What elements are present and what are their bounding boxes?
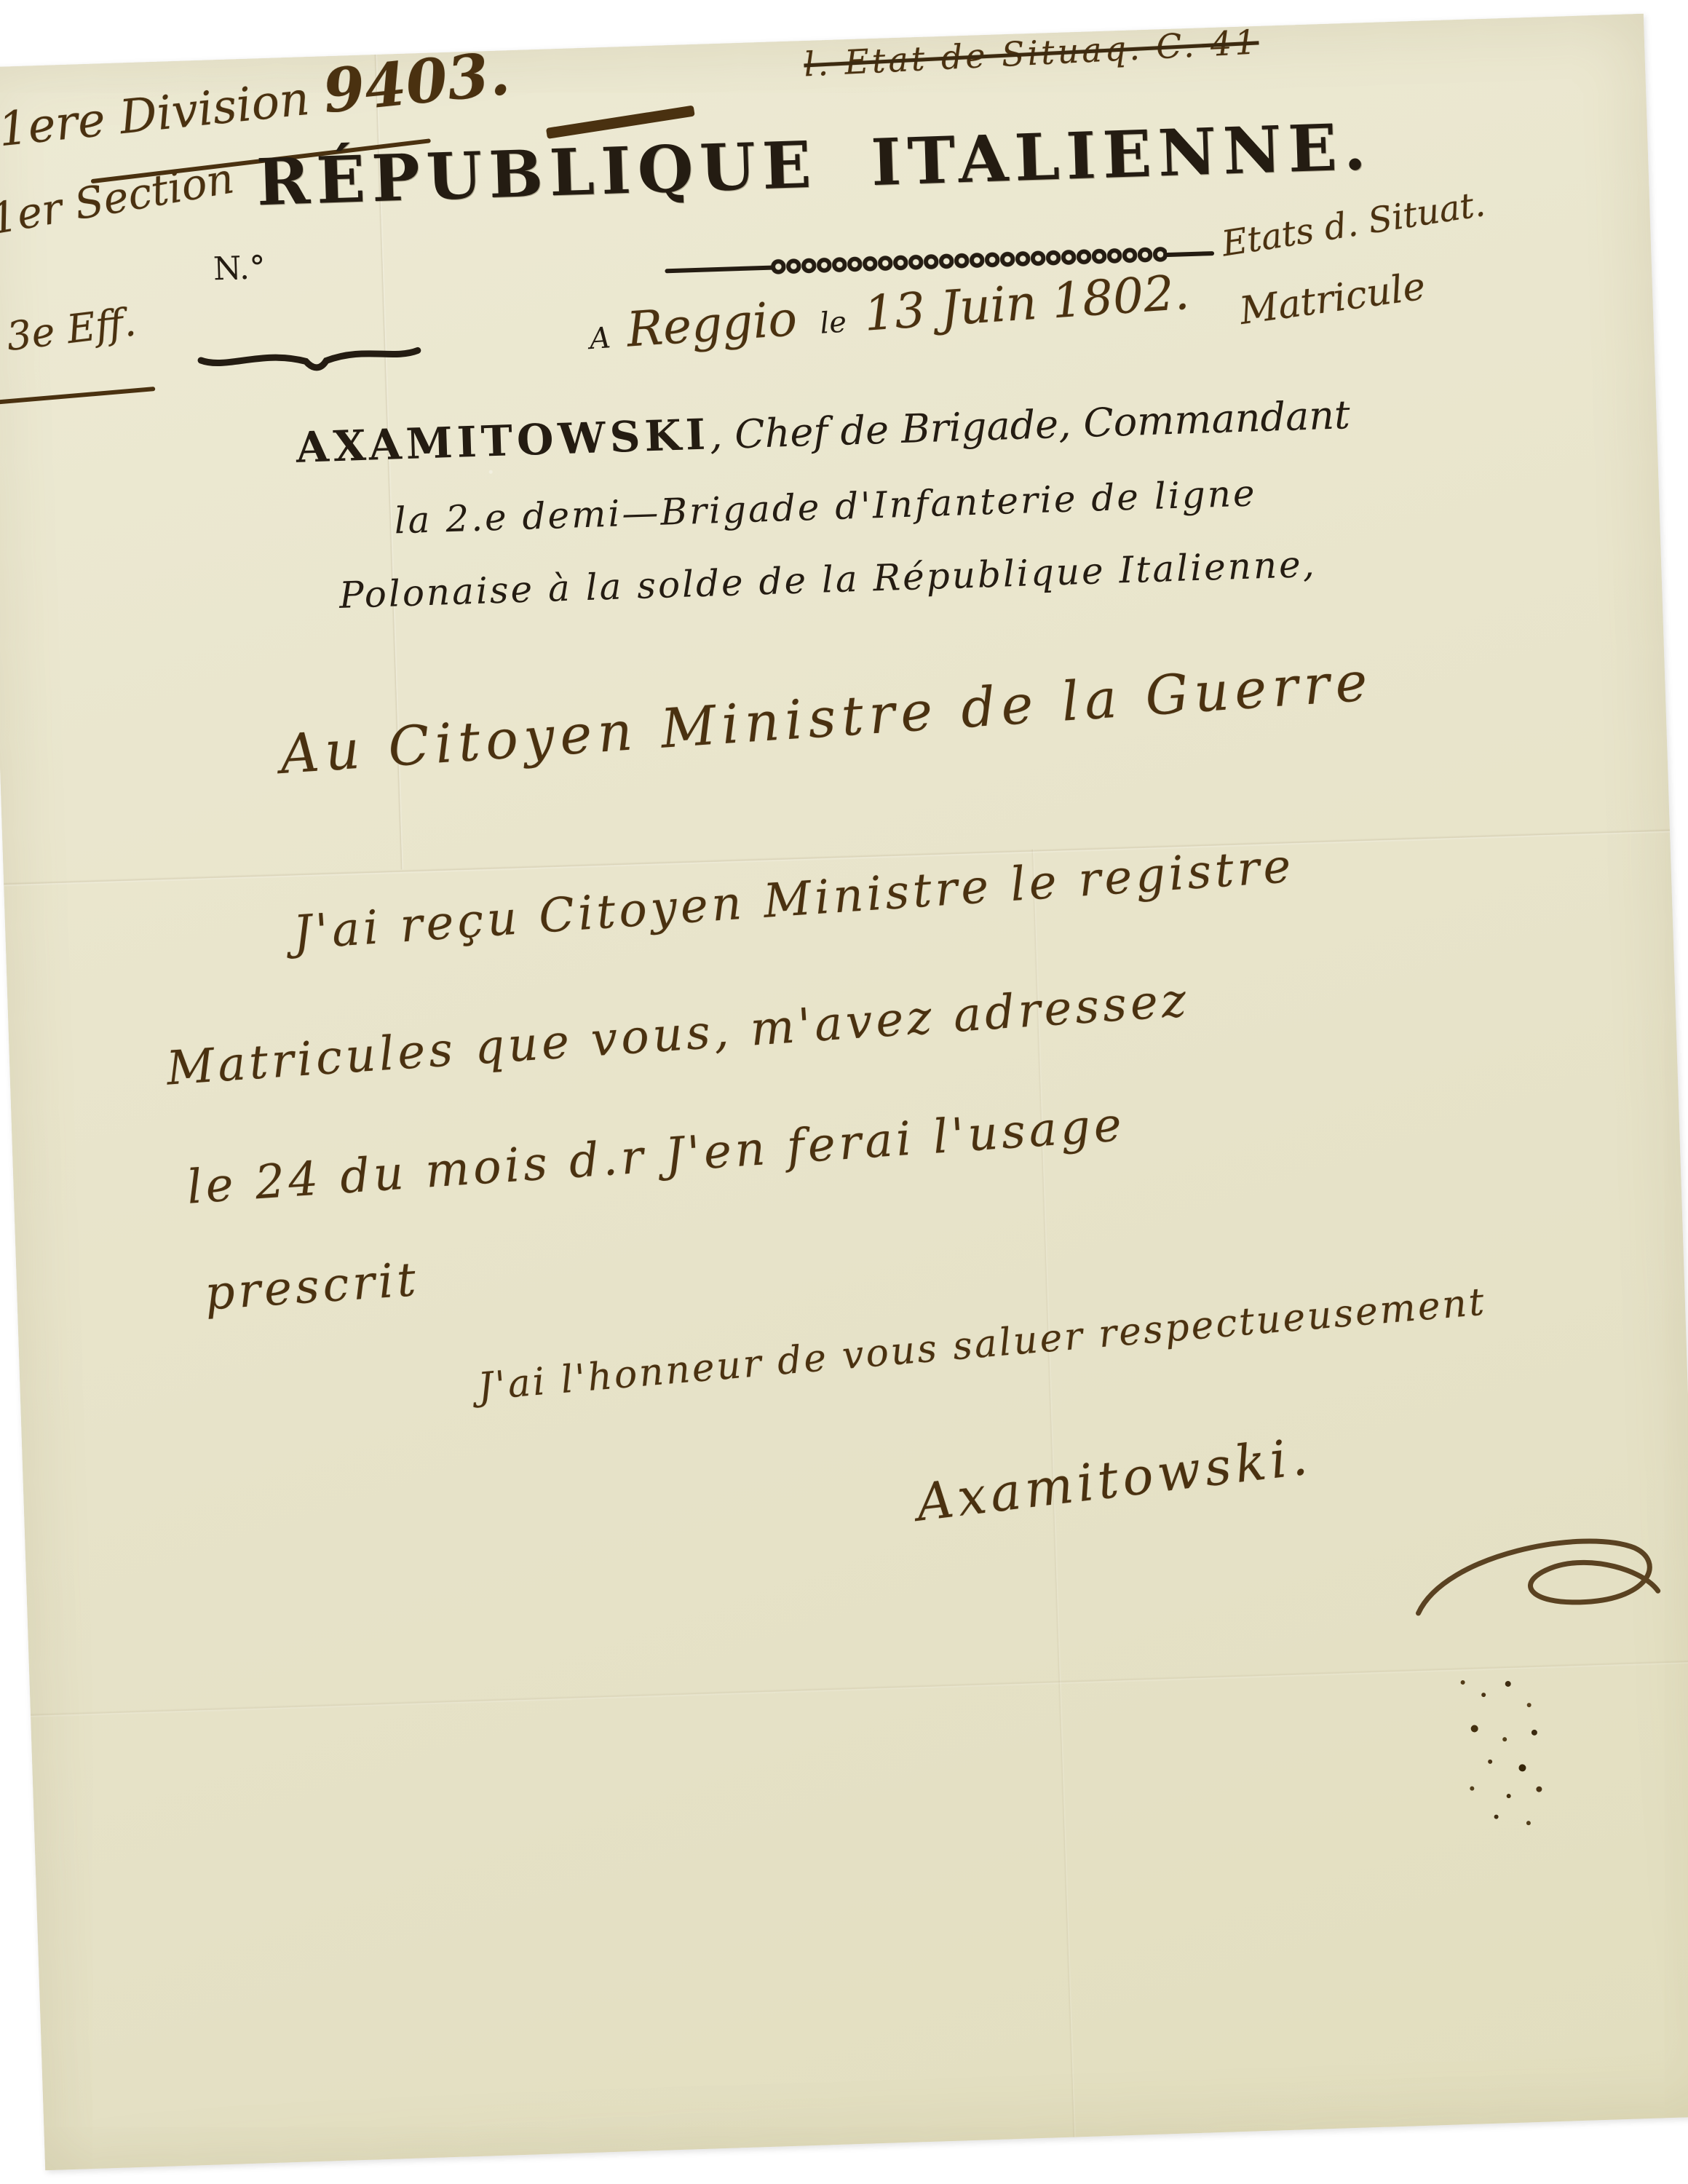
body-line-1: J'ai reçu Citoyen Ministre le registre (292, 839, 1296, 960)
closing-line: J'ai l'honneur de vous saluer respectueu… (476, 1280, 1488, 1409)
sender-name: AXAMITOWSKI (296, 410, 710, 472)
annotation-registry-number: 9403. (320, 39, 512, 127)
sender-title-rest: , Chef de Brigade, Commandant (709, 392, 1351, 458)
date-value: 13 Juin 1802. (863, 264, 1192, 342)
number-dash-ornament (196, 339, 422, 379)
margin-note-etats: Etats d. Situat. (1219, 183, 1488, 264)
date-place: Reggio (625, 290, 799, 358)
photo-background: 1ere Division 9403. 1er Section 3e Eff. … (0, 0, 1688, 2184)
ink-speckles (1461, 1680, 1465, 1685)
signature-text: Axamitowski. (913, 1426, 1315, 1533)
paper-sheet: 1ere Division 9403. 1er Section 3e Eff. … (0, 14, 1688, 2170)
body-line-3: le 24 du mois d.r J'en ferai l'usage (186, 1098, 1127, 1215)
signature-flourish (1401, 1518, 1675, 1658)
date-printed-le: le (819, 305, 847, 340)
eff-underline-stroke (0, 387, 155, 405)
ornament-bar-left (665, 266, 774, 274)
recipient-line: Au Citoyen Ministre de la Guerre (278, 650, 1375, 786)
margin-note-matricule: Matricule (1237, 265, 1427, 333)
annotation-crossed-out: l. Etat de Situaq. C. 41 (803, 22, 1260, 84)
fold-crease-horizontal-2 (31, 1660, 1688, 1718)
ornament-bar-right (1163, 251, 1214, 257)
number-label: N.° (213, 249, 266, 288)
annotation-eff-line: 3e Eff. (4, 298, 139, 360)
body-line-4: prescrit (203, 1253, 421, 1321)
date-printed-a: A (588, 321, 611, 356)
body-line-2: Matricules que vous, m'avez adressez (165, 973, 1191, 1096)
